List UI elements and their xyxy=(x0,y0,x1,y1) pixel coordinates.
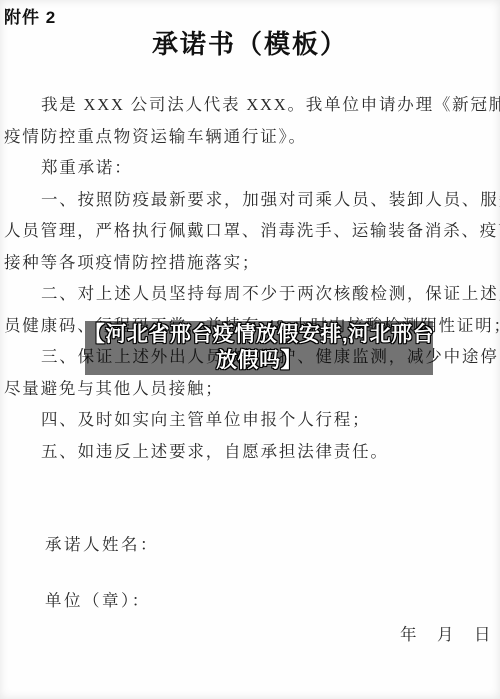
body-line: 五、如违反上述要求，自愿承担法律责任。 xyxy=(4,436,494,468)
document-title: 承诺书（模板） xyxy=(0,24,500,61)
body-line: 二、对上述人员坚持每周不少于两次核酸检测，保证上述人 xyxy=(4,278,494,310)
unit-seal-label: 单位（章）： xyxy=(45,587,151,611)
body-line: 疫情防控重点物资运输车辆通行证》。 xyxy=(4,121,494,153)
body-line: 四、及时如实向主管单位申报个人行程； xyxy=(4,404,494,436)
watermark-overlay: 【河北省邢台疫情放假安排,河北邢台 放假吗】 xyxy=(85,321,433,375)
body-line: 我是 XXX 公司法人代表 XXX。我单位申请办理《新冠肺炎 xyxy=(4,89,494,121)
date-line: 年 月 日 xyxy=(400,621,493,645)
document-page: 附件 2 承诺书（模板） 我是 XXX 公司法人代表 XXX。我单位申请办理《新… xyxy=(0,0,500,699)
body-line: 郑重承诺： xyxy=(4,152,494,184)
signer-name-label: 承诺人姓名： xyxy=(45,531,159,555)
document-body: 我是 XXX 公司法人代表 XXX。我单位申请办理《新冠肺炎 疫情防控重点物资运… xyxy=(4,89,494,467)
watermark-text-line1: 【河北省邢台疫情放假安排,河北邢台 xyxy=(84,322,434,348)
watermark-text-line2: 放假吗】 xyxy=(216,348,302,374)
body-line: 一、按照防疫最新要求，加强对司乘人员、装卸人员、服务 xyxy=(4,184,494,216)
body-line: 接种等各项疫情防控措施落实； xyxy=(4,247,494,279)
body-line: 人员管理，严格执行佩戴口罩、消毒洗手、运输装备消杀、疫苗 xyxy=(4,215,494,247)
body-line: 尽量避免与其他人员接触； xyxy=(4,373,494,405)
